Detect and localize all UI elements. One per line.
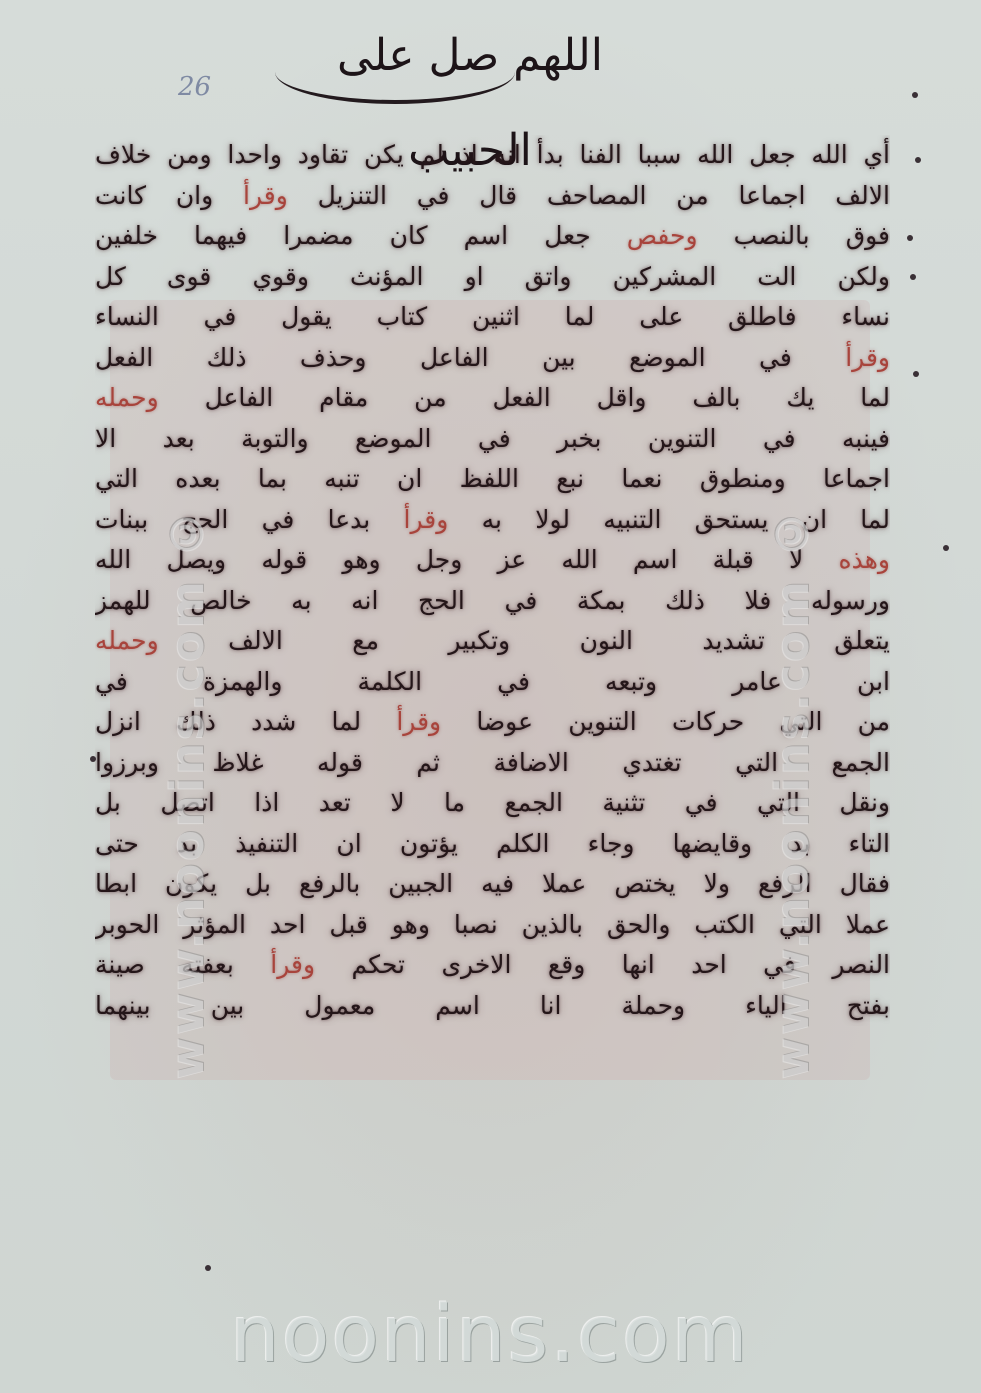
watermark-right: www.noonins.com © [765, 300, 819, 1080]
manuscript-page: اللهم صل على الحبيب 26 أي الله جعل الله … [0, 0, 981, 1393]
page-heading: اللهم صل على الحبيب [270, 8, 670, 103]
folio-number: 26 [178, 72, 211, 102]
text-line: فوق بالنصب وحفص جعل اسم كان مضمرا فيهما … [95, 216, 890, 257]
prick-mark [915, 157, 921, 163]
text-line: أي الله جعل الله سببا الفنا بدأ انه اذ ل… [95, 135, 890, 176]
prick-mark [913, 371, 919, 377]
text-line: ولكن الت المشركين واتق او المؤنث وقوي قو… [95, 257, 890, 298]
prick-mark [205, 1265, 211, 1271]
text-line: الالف اجماعا من المصاحف قال في التنزيل و… [95, 176, 890, 217]
prick-mark [943, 545, 949, 551]
watermark-left: www.noonins.com © [160, 300, 214, 1080]
prick-mark [907, 235, 913, 241]
prick-mark [90, 756, 96, 762]
watermark-bottom: noonins.com [190, 1290, 790, 1380]
prick-mark [912, 92, 918, 98]
prick-mark [910, 274, 916, 280]
